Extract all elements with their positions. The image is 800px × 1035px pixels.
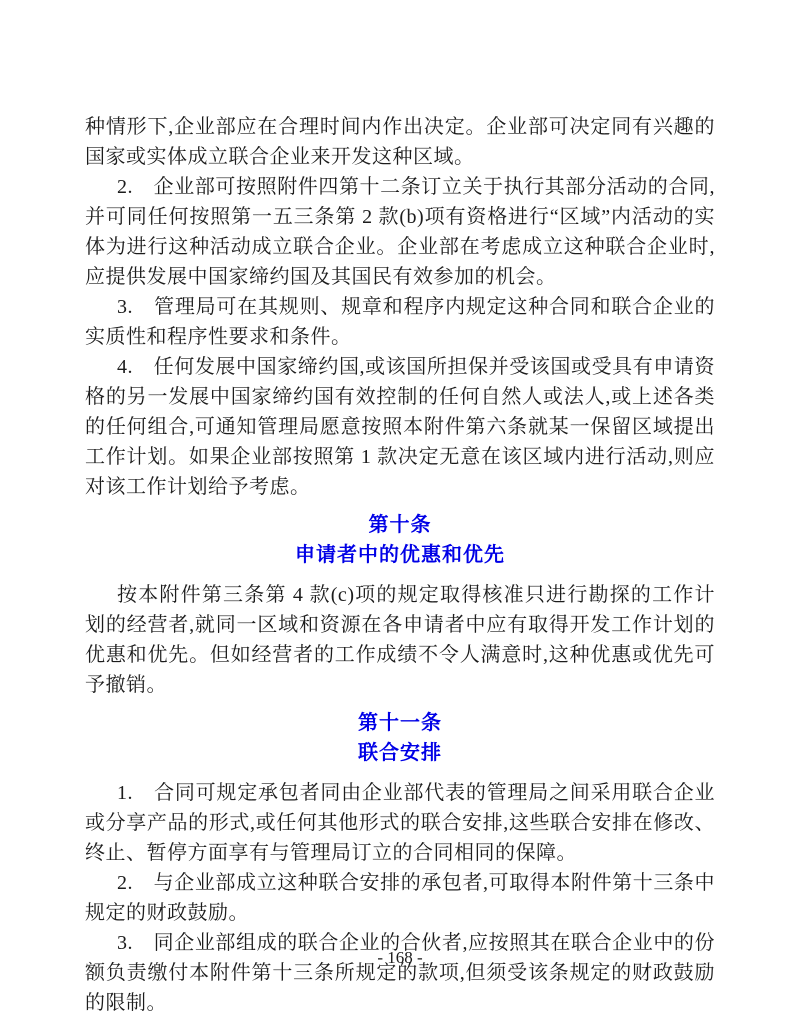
article-11-number-heading: 第十一条 xyxy=(85,708,715,738)
document-page: 种情形下,企业部应在合理时间内作出决定。企业部可决定同有兴趣的国家或实体成立联合… xyxy=(0,0,800,1035)
article-10-paragraph: 按本附件第三条第 4 款(c)项的规定取得核准只进行勘探的工作计划的经营者,就同… xyxy=(85,580,715,700)
numbered-paragraph-4: 4. 任何发展中国家缔约国,或该国所担保并受该国或受具有申请资格的另一发展中国家… xyxy=(85,352,715,502)
article-10-title-heading: 申请者中的优惠和优先 xyxy=(85,540,715,570)
numbered-paragraph-1: 1. 合同可规定承包者同由企业部代表的管理局之间采用联合企业或分享产品的形式,或… xyxy=(85,778,715,868)
page-number: - 168 - xyxy=(0,948,800,968)
numbered-paragraph-3b: 3. 同企业部组成的联合企业的合伙者,应按照其在联合企业中的份额负责缴付本附件第… xyxy=(85,928,715,1018)
numbered-paragraph-2b: 2. 与企业部成立这种联合安排的承包者,可取得本附件第十三条中规定的财政鼓励。 xyxy=(85,868,715,928)
numbered-paragraph-3: 3. 管理局可在其规则、规章和程序内规定这种合同和联合企业的实质性和程序性要求和… xyxy=(85,292,715,352)
article-11-title-heading: 联合安排 xyxy=(85,738,715,768)
page-content: 种情形下,企业部应在合理时间内作出决定。企业部可决定同有兴趣的国家或实体成立联合… xyxy=(85,112,715,1018)
article-10-number-heading: 第十条 xyxy=(85,510,715,540)
paragraph-continuation: 种情形下,企业部应在合理时间内作出决定。企业部可决定同有兴趣的国家或实体成立联合… xyxy=(85,112,715,172)
numbered-paragraph-2: 2. 企业部可按照附件四第十二条订立关于执行其部分活动的合同,并可同任何按照第一… xyxy=(85,172,715,292)
